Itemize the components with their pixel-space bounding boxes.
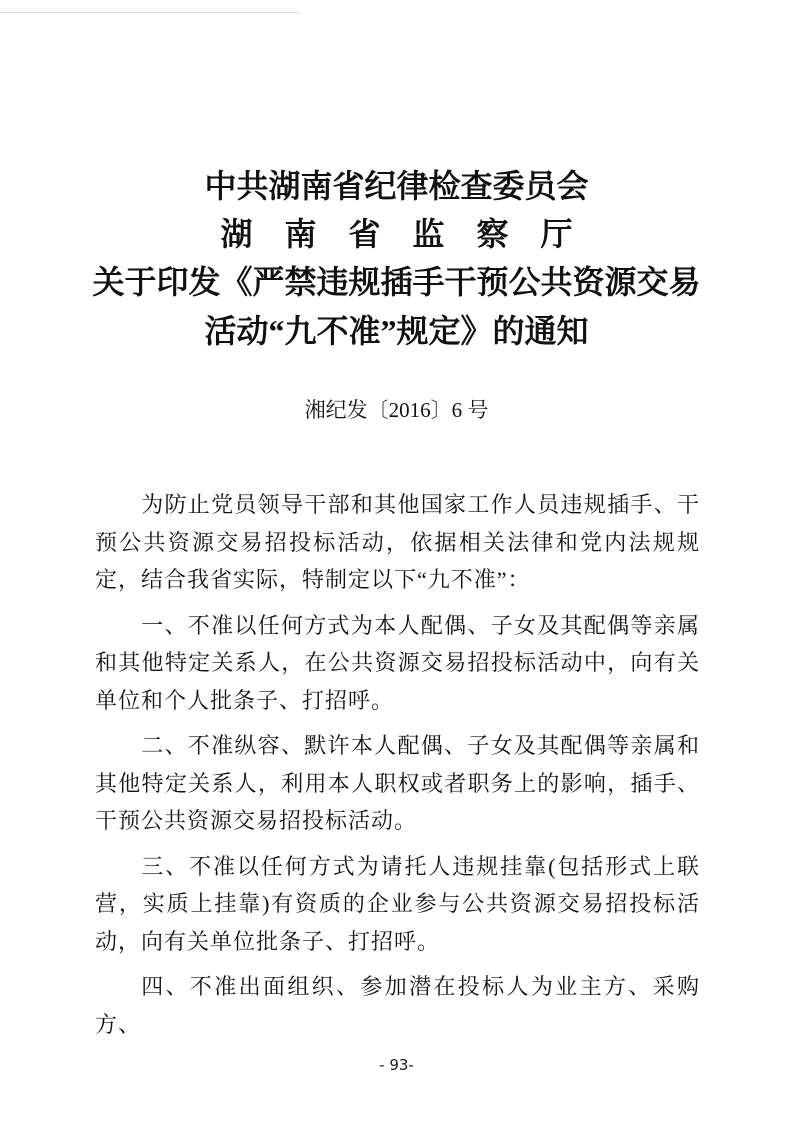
title-org-line-1: 中共湖南省纪律检查委员会 (0, 162, 793, 210)
title-subject-line-1: 关于印发《严禁违规插手干预公共资源交易 (0, 258, 793, 307)
paragraph-rule-4-partial: 四、不准出面组织、参加潜在投标人为业主方、采购方、 (95, 968, 700, 1043)
document-body: 为防止党员领导干部和其他国家工作人员违规插手、干预公共资源交易招投标活动，依据相… (95, 486, 700, 1043)
scan-artifact-line (0, 12, 300, 13)
title-subject-line-2: 活动“九不准”规定》的通知 (0, 307, 793, 356)
title-org-line-2-row: 湖南省监察厅 (0, 210, 793, 258)
document-page: 中共湖南省纪律检查委员会 湖南省监察厅 关于印发《严禁违规插手干预公共资源交易 … (0, 0, 793, 1122)
page-number: - 93- (379, 1056, 414, 1074)
paragraph-rule-1: 一、不准以任何方式为本人配偶、子女及其配偶等亲属和其他特定关系人，在公共资源交易… (95, 607, 700, 720)
document-number: 湘纪发〔2016〕6 号 (0, 396, 793, 424)
page-footer: - 93- (0, 1056, 793, 1074)
paragraph-intro: 为防止党员领导干部和其他国家工作人员违规插手、干预公共资源交易招投标活动，依据相… (95, 486, 700, 599)
paragraph-rule-3: 三、不准以任何方式为请托人违规挂靠(包括形式上联营，实质上挂靠)有资质的企业参与… (95, 848, 700, 961)
title-org-line-2: 湖南省监察厅 (188, 216, 604, 252)
document-header: 中共湖南省纪律检查委员会 湖南省监察厅 关于印发《严禁违规插手干预公共资源交易 … (0, 162, 793, 356)
paragraph-rule-2: 二、不准纵容、默许本人配偶、子女及其配偶等亲属和其他特定关系人，利用本人职权或者… (95, 727, 700, 840)
